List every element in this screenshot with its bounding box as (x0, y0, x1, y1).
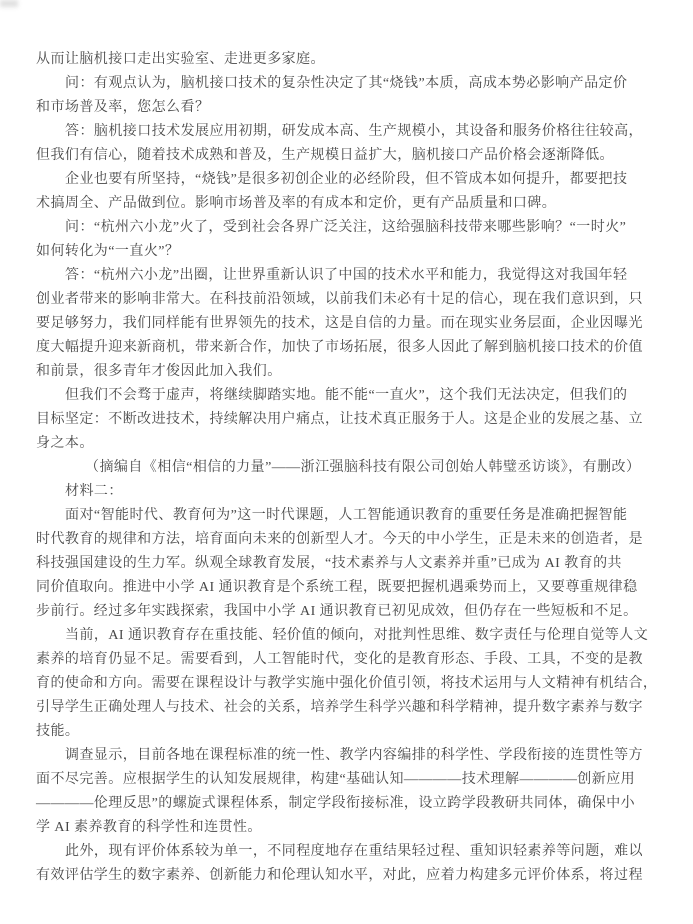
text-line: 引导学生正确处理人与技术、社会的关系，培养学生科学兴趣和科学精神，提升数字素养与… (36, 696, 662, 720)
text-line: 术搞周全、产品做到位。影响市场普及率的有成本和定价，更有产品质量和口碑。 (36, 192, 662, 216)
text-line: 但我们有信心，随着技术成熟和普及，生产规模日益扩大，脑机接口产品价格会逐渐降低。 (36, 144, 662, 168)
text-line: 育的使命和方向。需要在课程设计与教学实施中强化价值引领，将技术运用与人文精神有机… (36, 672, 662, 696)
text-line: 度大幅提升迎来新商机，带来新合作，加快了市场拓展，很多人因此了解到脑机接口技术的… (36, 336, 662, 360)
text-line: 如何转化为“一直火”？ (36, 240, 662, 264)
text-line: 面对“智能时代、教育何为”这一时代课题，人工智能通识教育的重要任务是准确把握智能 (36, 504, 662, 528)
text-line: 科技强国建设的生力军。纵观全球教育发展，“技术素养与人文素养并重”已成为 AI … (36, 552, 662, 576)
text-line: 学 AI 素养教育的科学性和连贯性。 (36, 816, 662, 840)
text-line: 和市场普及率，您怎么看？ (36, 96, 662, 120)
text-line: 时代教育的规律和方法，培育面向未来的创新型人才。今天的中小学生，正是未来的创造者… (36, 528, 662, 552)
text-line: 素养的培育仍显不足。需要看到，人工智能时代，变化的是教育形态、手段、工具，不变的… (36, 648, 662, 672)
scan-artifact (0, 0, 18, 7)
document-body: 从而让脑机接口走出实验室、走进更多家庭。问：有观点认为，脑机接口技术的复杂性决定… (36, 48, 662, 888)
text-line: 要足够努力，我们同样能有世界领先的技术，这是自信的力量。而在现实业务层面，企业因… (36, 312, 662, 336)
text-line: 问：“杭州六小龙”火了，受到社会各界广泛关注，这给强脑科技带来哪些影响？“一时火… (36, 216, 662, 240)
text-line: 目标坚定：不断改进技术，持续解决用户痛点，让技术真正服务于人。这是企业的发展之基… (36, 408, 662, 432)
text-line: 当前，AI 通识教育存在重技能、轻价值的倾向，对批判性思维、数字责任与伦理自觉等… (36, 624, 662, 648)
text-line: 步前行。经过多年实践探索，我国中小学 AI 通识教育已初见成效，但仍存在一些短板… (36, 600, 662, 624)
text-line: 同价值取向。推进中小学 AI 通识教育是个系统工程，既要把握机遇乘势而上，又要尊… (36, 576, 662, 600)
text-line: 答：“杭州六小龙”出圈，让世界重新认识了中国的技术水平和能力，我觉得这对我国年轻 (36, 264, 662, 288)
text-line: 调查显示，目前各地在课程标准的统一性、教学内容编排的科学性、学段衔接的连贯性等方 (36, 744, 662, 768)
text-line: 但我们不会骛于虚声，将继续脚踏实地。能不能“一直火”，这个我们无法决定，但我们的 (36, 384, 662, 408)
text-line: 此外，现有评价体系较为单一，不同程度地存在重结果轻过程、重知识轻素养等问题，难以 (36, 840, 662, 864)
text-line: 创业者带来的影响非常大。在科技前沿领域，以前我们未必有十足的信心，现在我们意识到… (36, 288, 662, 312)
text-line: 和前景，很多青年才俊因此加入我们。 (36, 360, 662, 384)
text-line: 从而让脑机接口走出实验室、走进更多家庭。 (36, 48, 662, 72)
text-line: 材料二： (36, 480, 662, 504)
text-line: 身之本。 (36, 432, 662, 456)
text-line: 企业也要有所坚持，“烧钱”是很多初创企业的必经阶段，但不管成本如何提升，都要把技 (36, 168, 662, 192)
text-line: 技能。 (36, 720, 662, 744)
text-line: 问：有观点认为，脑机接口技术的复杂性决定了其“烧钱”本质，高成本势必影响产品定价 (36, 72, 662, 96)
text-line: 有效评估学生的数字素养、创新能力和伦理认知水平，对此，应着力构建多元评价体系，将… (36, 864, 662, 888)
text-line: （摘编自《相信“相信的力量”——浙江强脑科技有限公司创始人韩璧丞访谈》，有删改） (36, 456, 662, 480)
text-line: ————伦理反思”的螺旋式课程体系，制定学段衔接标准，设立跨学段教研共同体，确保… (36, 792, 662, 816)
text-line: 答：脑机接口技术发展应用初期，研发成本高、生产规模小，其设备和服务价格往往较高， (36, 120, 662, 144)
text-line: 面不尽完善。应根据学生的认知发展规律，构建“基础认知————技术理解————创新… (36, 768, 662, 792)
